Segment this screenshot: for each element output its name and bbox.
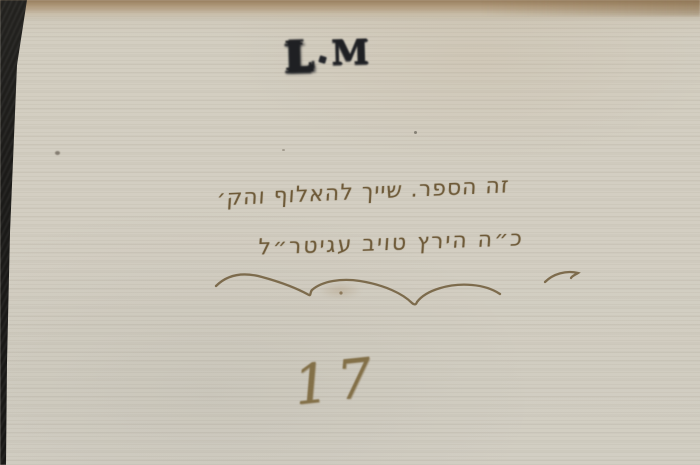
owner-stamp: L M xyxy=(283,35,369,77)
stamp-letter-m: M xyxy=(331,35,370,70)
paper-speck xyxy=(414,131,417,134)
book-page-photo: L M זה הספר. שייך להאלוף והק׳ כ״ה הירץ ט… xyxy=(0,0,700,465)
paper-stain xyxy=(318,282,362,299)
folio-number: 17 xyxy=(291,346,384,418)
inscription-line-1: זה הספר. שייך להאלוף והק׳ xyxy=(181,172,544,214)
inscription-flourish-underline xyxy=(200,258,600,322)
stamp-letter-l: L xyxy=(283,36,312,77)
dark-backdrop-left-edge xyxy=(0,0,30,465)
stamp-separator-dot xyxy=(318,55,327,64)
inscription-line-2: כ״ה הירץ טויב עגיטר״ל xyxy=(231,225,551,261)
paper-speck xyxy=(55,151,60,155)
page-top-edge-shading xyxy=(480,0,700,16)
paper-speck xyxy=(282,149,285,151)
